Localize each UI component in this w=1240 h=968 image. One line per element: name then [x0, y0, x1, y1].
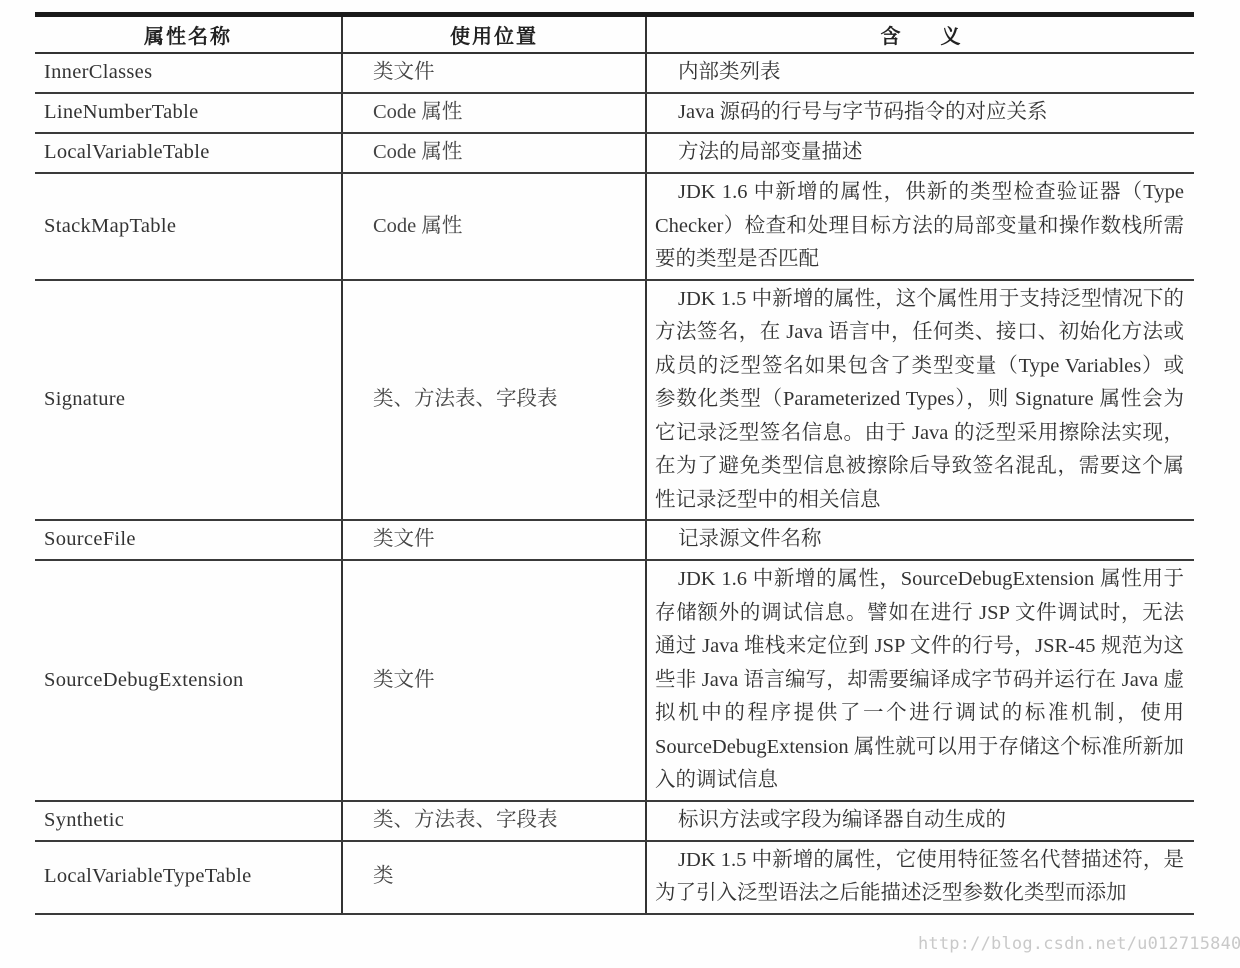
cell-attribute-name: SourceDebugExtension: [35, 560, 342, 801]
cell-usage-location: Code 属性: [342, 173, 646, 280]
cell-attribute-name: StackMapTable: [35, 173, 342, 280]
cell-attribute-name: Signature: [35, 280, 342, 521]
cell-usage-location: 类文件: [342, 560, 646, 801]
cell-meaning: JDK 1.6 中新增的属性，供新的类型检查验证器（Type Checker）检…: [646, 173, 1194, 280]
cell-meaning-text: JDK 1.5 中新增的属性，这个属性用于支持泛型情况下的方法签名，在 Java…: [655, 288, 1184, 511]
table-header-row: 属性名称 使用位置 含 义: [35, 15, 1194, 54]
cell-usage-location: 类、方法表、字段表: [342, 801, 646, 841]
table-row: InnerClasses 类文件 内部类列表: [35, 53, 1194, 93]
cell-attribute-name: InnerClasses: [35, 53, 342, 93]
cell-attribute-name: SourceFile: [35, 520, 342, 560]
table-row: Synthetic 类、方法表、字段表 标识方法或字段为编译器自动生成的: [35, 801, 1194, 841]
cell-meaning: Java 源码的行号与字节码指令的对应关系: [646, 93, 1194, 133]
cell-attribute-name: LineNumberTable: [35, 93, 342, 133]
table-row: LineNumberTable Code 属性 Java 源码的行号与字节码指令…: [35, 93, 1194, 133]
watermark-text: http://blog.csdn.net/u012715840: [918, 934, 1240, 954]
cell-meaning-text: JDK 1.5 中新增的属性，它使用特征签名代替描述符，是为了引入泛型语法之后能…: [655, 849, 1184, 905]
table-row: SourceDebugExtension 类文件 JDK 1.6 中新增的属性，…: [35, 560, 1194, 801]
cell-meaning-text: JDK 1.6 中新增的属性，SourceDebugExtension 属性用于…: [655, 568, 1184, 791]
cell-meaning: 内部类列表: [646, 53, 1194, 93]
cell-attribute-name: LocalVariableTable: [35, 133, 342, 173]
table-row: LocalVariableTable Code 属性 方法的局部变量描述: [35, 133, 1194, 173]
cell-meaning: JDK 1.5 中新增的属性，这个属性用于支持泛型情况下的方法签名，在 Java…: [646, 280, 1194, 521]
cell-attribute-name: LocalVariableTypeTable: [35, 841, 342, 914]
cell-meaning: JDK 1.5 中新增的属性，它使用特征签名代替描述符，是为了引入泛型语法之后能…: [646, 841, 1194, 914]
header-usage-location: 使用位置: [342, 15, 646, 54]
cell-usage-location: Code 属性: [342, 133, 646, 173]
cell-attribute-name: Synthetic: [35, 801, 342, 841]
attribute-table: 属性名称 使用位置 含 义 InnerClasses 类文件 内部类列表 Lin…: [35, 12, 1194, 915]
cell-usage-location: 类文件: [342, 53, 646, 93]
cell-usage-location: Code 属性: [342, 93, 646, 133]
table-row: StackMapTable Code 属性 JDK 1.6 中新增的属性，供新的…: [35, 173, 1194, 280]
cell-meaning: 方法的局部变量描述: [646, 133, 1194, 173]
cell-meaning: JDK 1.6 中新增的属性，SourceDebugExtension 属性用于…: [646, 560, 1194, 801]
cell-meaning: 记录源文件名称: [646, 520, 1194, 560]
table-row: LocalVariableTypeTable 类 JDK 1.5 中新增的属性，…: [35, 841, 1194, 914]
header-meaning: 含 义: [646, 15, 1194, 54]
cell-usage-location: 类文件: [342, 520, 646, 560]
cell-meaning-text: JDK 1.6 中新增的属性，供新的类型检查验证器（Type Checker）检…: [655, 181, 1184, 270]
cell-meaning: 标识方法或字段为编译器自动生成的: [646, 801, 1194, 841]
cell-usage-location: 类: [342, 841, 646, 914]
table-row: SourceFile 类文件 记录源文件名称: [35, 520, 1194, 560]
table-row: Signature 类、方法表、字段表 JDK 1.5 中新增的属性，这个属性用…: [35, 280, 1194, 521]
header-attribute-name: 属性名称: [35, 15, 342, 54]
cell-usage-location: 类、方法表、字段表: [342, 280, 646, 521]
attribute-table-container: 属性名称 使用位置 含 义 InnerClasses 类文件 内部类列表 Lin…: [35, 12, 1194, 915]
